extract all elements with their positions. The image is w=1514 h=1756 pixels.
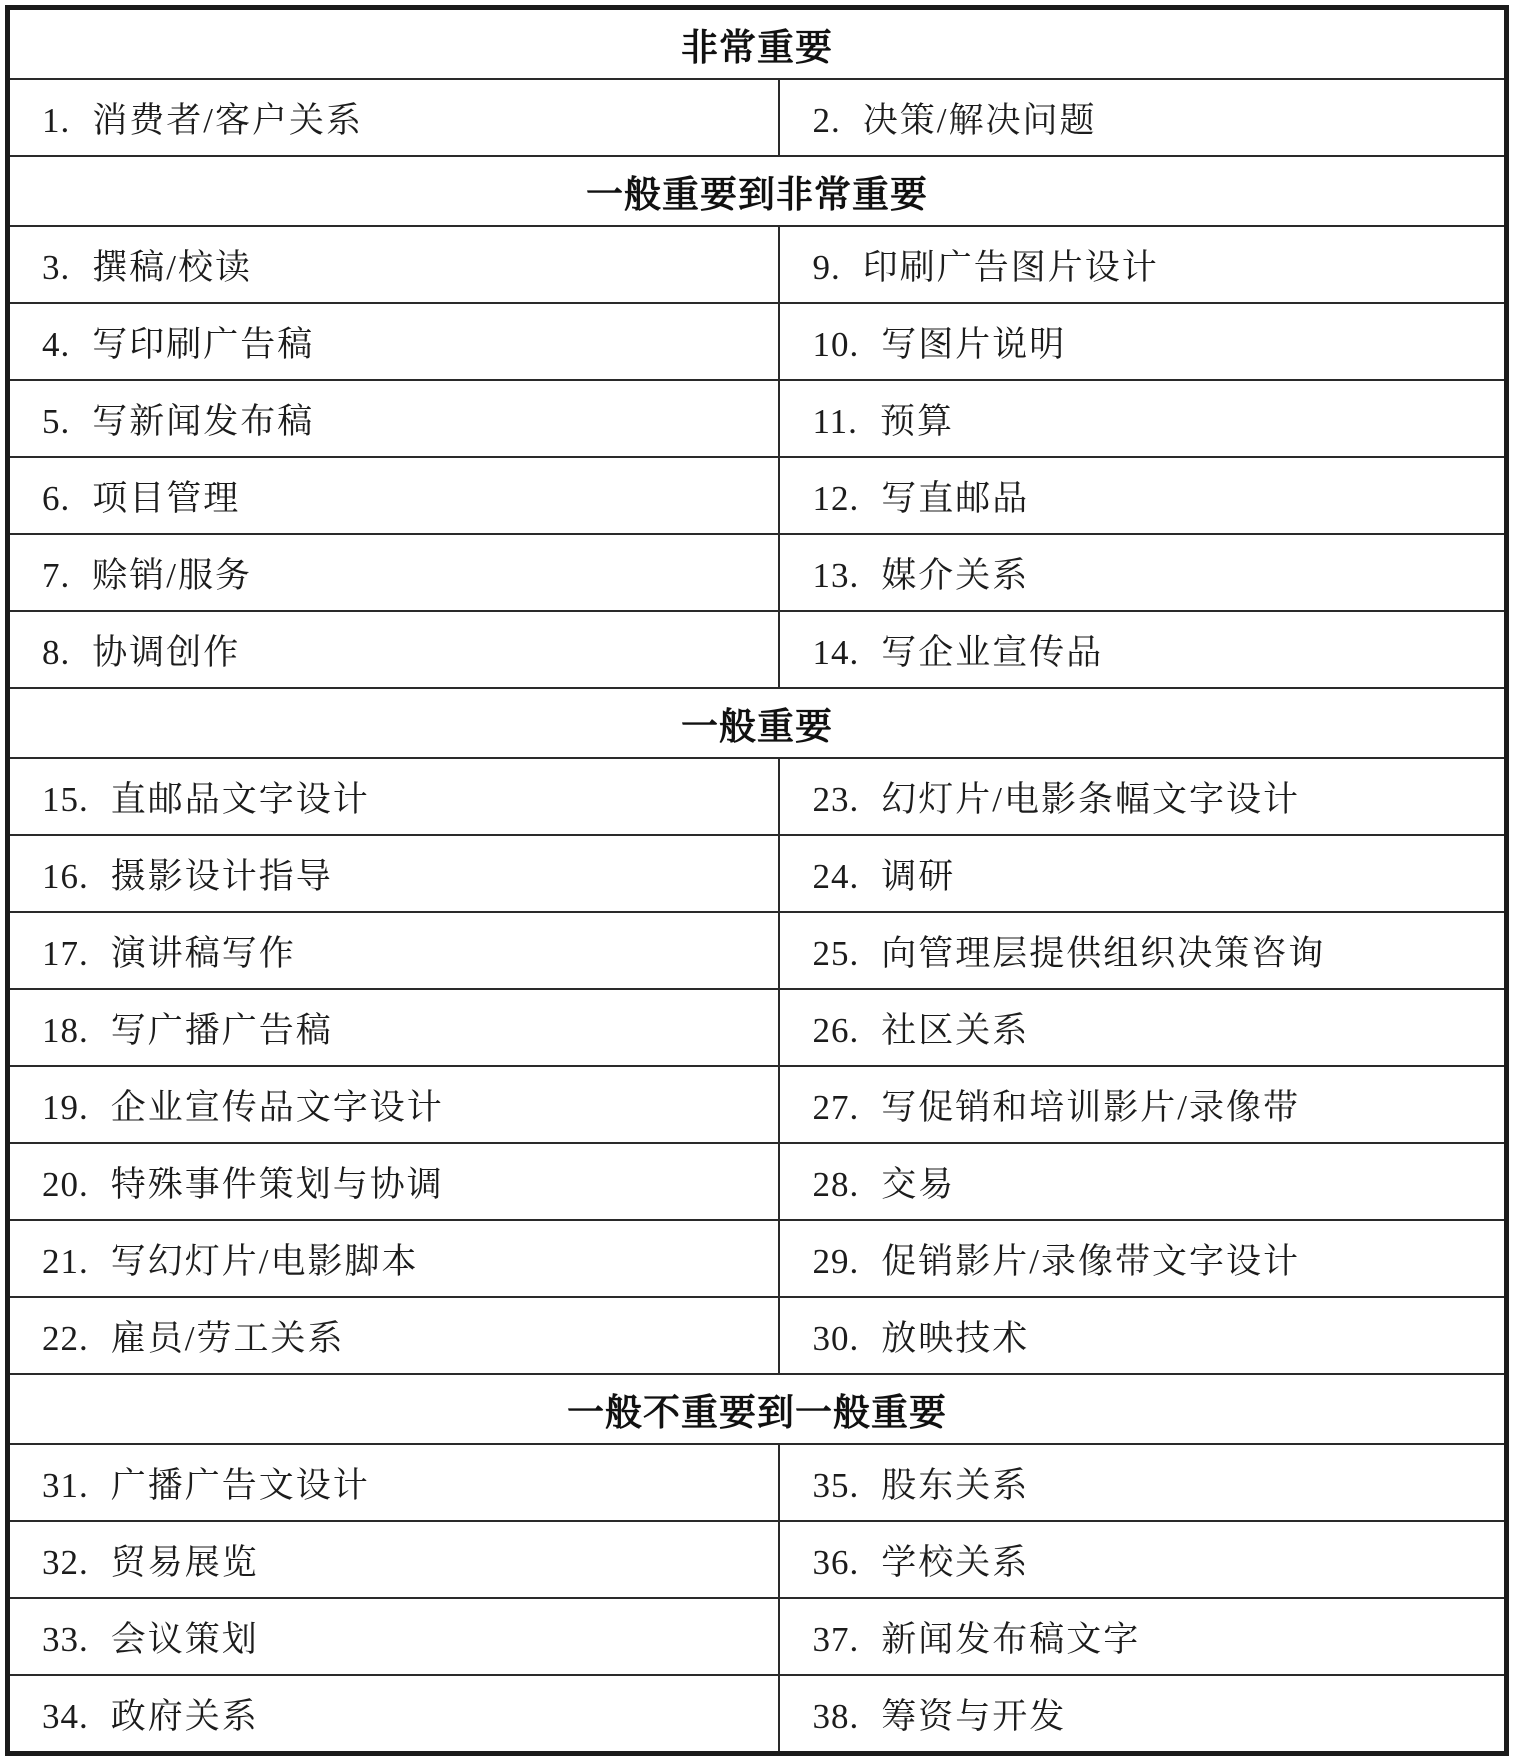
item-label: 媒介关系 [881, 556, 1029, 595]
item-cell-left: 31.广播广告文设计 [8, 1444, 780, 1521]
item-number: 31. [42, 1466, 89, 1506]
item-label: 雇员/劳工关系 [111, 1319, 345, 1358]
item-label: 写促销和培训影片/录像带 [881, 1088, 1300, 1127]
item-label: 撰稿/校读 [92, 248, 252, 287]
table-row: 31.广播广告文设计35.股东关系 [8, 1444, 1507, 1521]
item-label: 印刷广告图片设计 [863, 248, 1159, 287]
item-cell-right: 26.社区关系 [779, 989, 1506, 1066]
table-row: 8.协调创作14.写企业宣传品 [8, 611, 1507, 688]
item-number: 6. [42, 479, 70, 519]
item-label: 预算 [880, 402, 954, 441]
item-cell-right: 11.预算 [779, 380, 1506, 457]
item-cell-right: 29.促销影片/录像带文字设计 [779, 1220, 1506, 1297]
importance-table: 非常重要1.消费者/客户关系2.决策/解决问题一般重要到非常重要3.撰稿/校读9… [5, 5, 1509, 1756]
item-number: 2. [812, 101, 840, 141]
item-label: 演讲稿写作 [111, 934, 296, 973]
section-header-row: 一般重要到非常重要 [8, 156, 1507, 226]
item-label: 写企业宣传品 [881, 633, 1103, 672]
item-cell-left: 22.雇员/劳工关系 [8, 1297, 780, 1374]
item-number: 17. [42, 934, 89, 974]
item-label: 企业宣传品文字设计 [111, 1088, 444, 1127]
item-label: 幻灯片/电影条幅文字设计 [881, 780, 1300, 819]
item-cell-right: 36.学校关系 [779, 1521, 1506, 1598]
item-cell-left: 16.摄影设计指导 [8, 835, 780, 912]
section-header: 一般重要 [8, 688, 1507, 758]
item-number: 27. [812, 1088, 859, 1128]
item-number: 13. [812, 556, 859, 596]
table-row: 22.雇员/劳工关系30.放映技术 [8, 1297, 1507, 1374]
item-cell-right: 13.媒介关系 [779, 534, 1506, 611]
item-cell-right: 35.股东关系 [779, 1444, 1506, 1521]
item-label: 广播广告文设计 [111, 1466, 370, 1505]
item-cell-left: 7.赊销/服务 [8, 534, 780, 611]
item-cell-right: 2.决策/解决问题 [779, 79, 1506, 156]
item-label: 政府关系 [111, 1697, 259, 1736]
item-number: 21. [42, 1242, 89, 1282]
item-number: 33. [42, 1620, 89, 1660]
section-header-row: 一般重要 [8, 688, 1507, 758]
item-cell-left: 3.撰稿/校读 [8, 226, 780, 303]
item-label: 放映技术 [881, 1319, 1029, 1358]
item-label: 股东关系 [881, 1466, 1029, 1505]
item-label: 向管理层提供组织决策咨询 [881, 934, 1325, 973]
table-row: 6.项目管理12.写直邮品 [8, 457, 1507, 534]
item-number: 25. [812, 934, 859, 974]
item-label: 写直邮品 [881, 479, 1029, 518]
item-cell-left: 32.贸易展览 [8, 1521, 780, 1598]
item-label: 筹资与开发 [881, 1697, 1066, 1736]
table-row: 20.特殊事件策划与协调28.交易 [8, 1143, 1507, 1220]
item-label: 赊销/服务 [92, 556, 252, 595]
table-row: 5.写新闻发布稿11.预算 [8, 380, 1507, 457]
item-number: 35. [812, 1466, 859, 1506]
item-cell-left: 4.写印刷广告稿 [8, 303, 780, 380]
item-number: 3. [42, 248, 70, 288]
item-cell-left: 8.协调创作 [8, 611, 780, 688]
item-label: 特殊事件策划与协调 [111, 1165, 444, 1204]
item-label: 写新闻发布稿 [92, 402, 314, 441]
item-cell-left: 1.消费者/客户关系 [8, 79, 780, 156]
item-number: 5. [42, 402, 70, 442]
item-number: 8. [42, 633, 70, 673]
item-number: 15. [42, 780, 89, 820]
item-number: 11. [812, 402, 857, 442]
table-row: 7.赊销/服务13.媒介关系 [8, 534, 1507, 611]
item-label: 协调创作 [92, 633, 240, 672]
item-number: 7. [42, 556, 70, 596]
item-label: 交易 [881, 1165, 955, 1204]
table-row: 21.写幻灯片/电影脚本29.促销影片/录像带文字设计 [8, 1220, 1507, 1297]
item-cell-left: 33.会议策划 [8, 1598, 780, 1675]
item-cell-right: 37.新闻发布稿文字 [779, 1598, 1506, 1675]
table-row: 17.演讲稿写作25.向管理层提供组织决策咨询 [8, 912, 1507, 989]
item-label: 调研 [881, 857, 955, 896]
item-cell-left: 34.政府关系 [8, 1675, 780, 1754]
item-cell-right: 23.幻灯片/电影条幅文字设计 [779, 758, 1506, 835]
table-row: 18.写广播广告稿26.社区关系 [8, 989, 1507, 1066]
item-number: 34. [42, 1697, 89, 1737]
item-number: 18. [42, 1011, 89, 1051]
item-label: 写幻灯片/电影脚本 [111, 1242, 419, 1281]
importance-table-body: 非常重要1.消费者/客户关系2.决策/解决问题一般重要到非常重要3.撰稿/校读9… [8, 8, 1507, 1754]
section-header: 一般重要到非常重要 [8, 156, 1507, 226]
item-cell-right: 10.写图片说明 [779, 303, 1506, 380]
item-cell-left: 15.直邮品文字设计 [8, 758, 780, 835]
item-number: 37. [812, 1620, 859, 1660]
item-cell-left: 5.写新闻发布稿 [8, 380, 780, 457]
item-number: 22. [42, 1319, 89, 1359]
item-label: 写广播广告稿 [111, 1011, 333, 1050]
item-number: 20. [42, 1165, 89, 1205]
item-number: 29. [812, 1242, 859, 1282]
item-cell-left: 18.写广播广告稿 [8, 989, 780, 1066]
item-cell-left: 6.项目管理 [8, 457, 780, 534]
item-number: 23. [812, 780, 859, 820]
item-number: 14. [812, 633, 859, 673]
table-row: 19.企业宣传品文字设计27.写促销和培训影片/录像带 [8, 1066, 1507, 1143]
table-row: 4.写印刷广告稿10.写图片说明 [8, 303, 1507, 380]
item-number: 16. [42, 857, 89, 897]
item-number: 24. [812, 857, 859, 897]
item-cell-right: 25.向管理层提供组织决策咨询 [779, 912, 1506, 989]
item-cell-right: 9.印刷广告图片设计 [779, 226, 1506, 303]
section-header-row: 一般不重要到一般重要 [8, 1374, 1507, 1444]
item-label: 直邮品文字设计 [111, 780, 370, 819]
item-label: 社区关系 [881, 1011, 1029, 1050]
item-number: 4. [42, 325, 70, 365]
table-row: 16.摄影设计指导24.调研 [8, 835, 1507, 912]
item-cell-right: 12.写直邮品 [779, 457, 1506, 534]
section-header: 非常重要 [8, 8, 1507, 80]
item-cell-right: 30.放映技术 [779, 1297, 1506, 1374]
item-number: 1. [42, 101, 70, 141]
item-cell-left: 17.演讲稿写作 [8, 912, 780, 989]
item-cell-right: 28.交易 [779, 1143, 1506, 1220]
table-row: 15.直邮品文字设计23.幻灯片/电影条幅文字设计 [8, 758, 1507, 835]
item-cell-right: 38.筹资与开发 [779, 1675, 1506, 1754]
document-page: 非常重要1.消费者/客户关系2.决策/解决问题一般重要到非常重要3.撰稿/校读9… [0, 0, 1514, 1498]
item-label: 消费者/客户关系 [92, 101, 363, 140]
table-row: 33.会议策划37.新闻发布稿文字 [8, 1598, 1507, 1675]
table-row: 32.贸易展览36.学校关系 [8, 1521, 1507, 1598]
item-label: 会议策划 [111, 1620, 259, 1659]
item-number: 26. [812, 1011, 859, 1051]
item-cell-right: 24.调研 [779, 835, 1506, 912]
item-label: 写图片说明 [881, 325, 1066, 364]
section-header-row: 非常重要 [8, 8, 1507, 80]
item-label: 项目管理 [92, 479, 240, 518]
item-label: 新闻发布稿文字 [881, 1620, 1140, 1659]
section-header: 一般不重要到一般重要 [8, 1374, 1507, 1444]
item-number: 10. [812, 325, 859, 365]
item-label: 写印刷广告稿 [92, 325, 314, 364]
item-number: 32. [42, 1543, 89, 1583]
item-cell-right: 27.写促销和培训影片/录像带 [779, 1066, 1506, 1143]
table-row: 1.消费者/客户关系2.决策/解决问题 [8, 79, 1507, 156]
item-label: 促销影片/录像带文字设计 [881, 1242, 1300, 1281]
item-cell-left: 21.写幻灯片/电影脚本 [8, 1220, 780, 1297]
item-number: 36. [812, 1543, 859, 1583]
item-number: 28. [812, 1165, 859, 1205]
item-number: 38. [812, 1697, 859, 1737]
item-cell-left: 19.企业宣传品文字设计 [8, 1066, 780, 1143]
item-number: 30. [812, 1319, 859, 1359]
item-cell-left: 20.特殊事件策划与协调 [8, 1143, 780, 1220]
item-label: 贸易展览 [111, 1543, 259, 1582]
item-label: 学校关系 [881, 1543, 1029, 1582]
table-row: 34.政府关系38.筹资与开发 [8, 1675, 1507, 1754]
item-number: 19. [42, 1088, 89, 1128]
item-number: 12. [812, 479, 859, 519]
item-cell-right: 14.写企业宣传品 [779, 611, 1506, 688]
item-label: 摄影设计指导 [111, 857, 333, 896]
item-number: 9. [812, 248, 840, 288]
item-label: 决策/解决问题 [863, 101, 1097, 140]
table-row: 3.撰稿/校读9.印刷广告图片设计 [8, 226, 1507, 303]
